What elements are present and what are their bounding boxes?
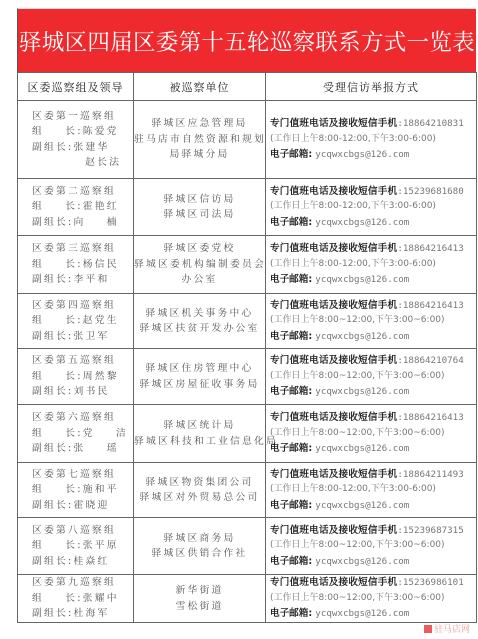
hotline-phone[interactable]: 18864210764 xyxy=(403,355,464,366)
email-address[interactable]: ycqwxcbgs@126.com xyxy=(315,443,409,454)
email-address[interactable]: ycqwxcbgs@126.com xyxy=(315,149,409,160)
email-label: 电子邮箱: xyxy=(270,608,312,619)
inspected-units: 驿城区应急管理局 驻马店市自然资源和规划 局驿城分局 xyxy=(134,101,266,179)
office-hours: (工作日上午8:00~12:00,下午3:00~6:00) xyxy=(270,591,476,607)
inspection-group-leaders: 区委第四巡察组 组 长:赵党生 副组长:张卫军 xyxy=(18,294,134,349)
inspection-group-leaders: 区委第一巡察组 组 长:陈爱党 副组长:张建华 赵长法 xyxy=(18,101,134,179)
hotline-phone[interactable]: 18864216413 xyxy=(403,243,464,254)
email-label: 电子邮箱: xyxy=(270,149,312,160)
hotline-label: 专门值班电话及接收短信手机 xyxy=(270,525,397,536)
table-row: 区委第六巡察组 组 长:党 洁 副组长:张 瑶驿城区统计局 驿城区科技和工业信息… xyxy=(18,405,477,463)
report-contact: 专门值班电话及接收短信手机:18864216413(工作日上午8:00~12:0… xyxy=(266,294,477,349)
email-label: 电子邮箱: xyxy=(270,386,312,397)
column-header-contact: 受理信访举报方式 xyxy=(266,73,477,101)
table-row: 区委第四巡察组 组 长:赵党生 副组长:张卫军驿城区机关事务中心 驿城区扶贫开发… xyxy=(18,294,477,349)
email-address[interactable]: ycqwxcbgs@126.com xyxy=(315,386,409,397)
column-header-leaders: 区委巡察组及领导 xyxy=(18,73,134,101)
table-row: 区委第三巡察组 组 长:杨信民 副组长:李平和驿城区委党校 驿城区委机构编制委员… xyxy=(18,236,477,294)
office-hours: (工作日上午8:00~12:00,下午3:00~6:00) xyxy=(270,313,476,329)
office-hours: (工作日上午8:00~12:00,下午3:00~6:00) xyxy=(270,538,476,554)
email-label: 电子邮箱: xyxy=(270,331,312,342)
table-header-row: 区委巡察组及领导 被巡察单位 受理信访举报方式 xyxy=(18,73,477,101)
hotline-label: 专门值班电话及接收短信手机 xyxy=(270,577,397,588)
inspection-group-leaders: 区委第五巡察组 组 长:周然黎 副组长:刘书民 xyxy=(18,349,134,405)
report-contact: 专门值班电话及接收短信手机:15239687315(工作日上午8:00~12:0… xyxy=(266,518,477,575)
inspected-units: 驿城区信访局 驿城区司法局 xyxy=(134,179,266,236)
office-hours: (工作日上午8:00-12:00,下午3:00-6:00) xyxy=(270,257,476,273)
hotline-label: 专门值班电话及接收短信手机 xyxy=(270,300,397,311)
hotline-label: 专门值班电话及接收短信手机 xyxy=(270,469,397,480)
email-address[interactable]: ycqwxcbgs@126.com xyxy=(315,608,409,619)
table-row: 区委第八巡察组 组 长:张平原 副组长:桂焱红驿城区商务局 驿城区供销合作社专门… xyxy=(18,518,477,575)
report-contact: 专门值班电话及接收短信手机:18864216413(工作日上午8:00-12:0… xyxy=(266,236,477,294)
hotline-label: 专门值班电话及接收短信手机 xyxy=(270,118,397,129)
report-contact: 专门值班电话及接收短信手机:18864210764(工作日上午8:00~12:0… xyxy=(266,349,477,405)
email-address[interactable]: ycqwxcbgs@126.com xyxy=(315,331,409,342)
column-header-units: 被巡察单位 xyxy=(134,73,266,101)
email-label: 电子邮箱: xyxy=(270,217,312,228)
inspected-units: 驿城区住房管理中心 驿城区房屋征收事务局 xyxy=(134,349,266,405)
report-contact: 专门值班电话及接收短信手机:18864216413(工作日上午8:00~12:0… xyxy=(266,405,477,463)
site-watermark: 驻马店网 xyxy=(424,622,470,635)
email-label: 电子邮箱: xyxy=(270,500,312,511)
report-contact: 专门值班电话及接收短信手机:18864210831(工作日上午8:00-12:0… xyxy=(266,101,477,179)
hotline-phone[interactable]: 18864210831 xyxy=(403,118,464,129)
table-row: 区委第二巡察组 组 长:霍艳红 副组长:向 楠驿城区信访局 驿城区司法局专门值班… xyxy=(18,179,477,236)
hotline-phone[interactable]: 18864216413 xyxy=(403,300,464,311)
inspected-units: 驿城区机关事务中心 驿城区扶贫开发办公室 xyxy=(134,294,266,349)
watermark-text: 驻马店网 xyxy=(434,622,470,635)
office-hours: (工作日上午8:00-12:00,下午3:00-6:00) xyxy=(270,199,476,215)
report-contact: 专门值班电话及接收短信手机:18864211493(工作日上午8:00-12:0… xyxy=(266,463,477,518)
table-row: 区委第七巡察组 组 长:施和平 副组长:霍晓迎驿城区物资集团公司 驿城区对外贸易… xyxy=(18,463,477,518)
watermark-logo-icon xyxy=(424,625,432,633)
hotline-phone[interactable]: 15239687315 xyxy=(403,525,464,536)
email-address[interactable]: ycqwxcbgs@126.com xyxy=(315,500,409,511)
hotline-phone[interactable]: 15239681680 xyxy=(403,186,464,197)
hotline-phone[interactable]: 18864211493 xyxy=(403,469,464,480)
inspection-group-leaders: 区委第七巡察组 组 长:施和平 副组长:霍晓迎 xyxy=(18,463,134,518)
office-hours: (工作日上午8:00-12:00,下午3:00-6:00) xyxy=(270,132,476,148)
inspected-units: 驿城区商务局 驿城区供销合作社 xyxy=(134,518,266,575)
inspection-group-leaders: 区委第三巡察组 组 长:杨信民 副组长:李平和 xyxy=(18,236,134,294)
office-hours: (工作日上午8:00~12:00,下午3:00~6:00) xyxy=(270,426,476,442)
hotline-phone[interactable]: 18864216413 xyxy=(403,412,464,423)
email-label: 电子邮箱: xyxy=(270,443,312,454)
office-hours: (工作日上午8:00~12:00,下午3:00~6:00) xyxy=(270,369,476,385)
inspection-group-leaders: 区委第二巡察组 组 长:霍艳红 副组长:向 楠 xyxy=(18,179,134,236)
contact-table: 区委巡察组及领导 被巡察单位 受理信访举报方式 区委第一巡察组 组 长:陈爱党 … xyxy=(17,72,477,623)
inspected-units: 驿城区统计局 驿城区科技和工业信息化局 xyxy=(134,405,266,463)
table-row: 区委第一巡察组 组 长:陈爱党 副组长:张建华 赵长法驿城区应急管理局 驻马店市… xyxy=(18,101,477,179)
contact-sheet: 驿城区四届区委第十五轮巡察联系方式一览表 区委巡察组及领导 被巡察单位 受理信访… xyxy=(17,8,476,623)
hotline-label: 专门值班电话及接收短信手机 xyxy=(270,186,397,197)
table-row: 区委第五巡察组 组 长:周然黎 副组长:刘书民驿城区住房管理中心 驿城区房屋征收… xyxy=(18,349,477,405)
inspected-units: 驿城区委党校 驿城区委机构编制委员会 办公室 xyxy=(134,236,266,294)
inspected-units: 新华街道 雪松街道 xyxy=(134,575,266,623)
inspection-group-leaders: 区委第九巡察组 组 长:张耀中 副组长:杜海军 xyxy=(18,575,134,623)
email-label: 电子邮箱: xyxy=(270,556,312,567)
report-contact: 专门值班电话及接收短信手机:15239681680(工作日上午8:00-12:0… xyxy=(266,179,477,236)
title-banner: 驿城区四届区委第十五轮巡察联系方式一览表 xyxy=(17,8,476,72)
inspected-units: 驿城区物资集团公司 驿城区对外贸易总公司 xyxy=(134,463,266,518)
inspection-group-leaders: 区委第六巡察组 组 长:党 洁 副组长:张 瑶 xyxy=(18,405,134,463)
hotline-phone[interactable]: 15236986101 xyxy=(403,577,464,588)
page-title: 驿城区四届区委第十五轮巡察联系方式一览表 xyxy=(19,25,475,57)
hotline-label: 专门值班电话及接收短信手机 xyxy=(270,355,397,366)
email-address[interactable]: ycqwxcbgs@126.com xyxy=(315,274,409,285)
hotline-label: 专门值班电话及接收短信手机 xyxy=(270,243,397,254)
email-address[interactable]: ycqwxcbgs@126.com xyxy=(315,556,409,567)
email-address[interactable]: ycqwxcbgs@126.com xyxy=(315,217,409,228)
hotline-label: 专门值班电话及接收短信手机 xyxy=(270,412,397,423)
report-contact: 专门值班电话及接收短信手机:15236986101(工作日上午8:00~12:0… xyxy=(266,575,477,623)
inspection-group-leaders: 区委第八巡察组 组 长:张平原 副组长:桂焱红 xyxy=(18,518,134,575)
table-row: 区委第九巡察组 组 长:张耀中 副组长:杜海军新华街道 雪松街道专门值班电话及接… xyxy=(18,575,477,623)
email-label: 电子邮箱: xyxy=(270,274,312,285)
office-hours: (工作日上午8:00-12:00,下午3:00-6:00) xyxy=(270,482,476,498)
